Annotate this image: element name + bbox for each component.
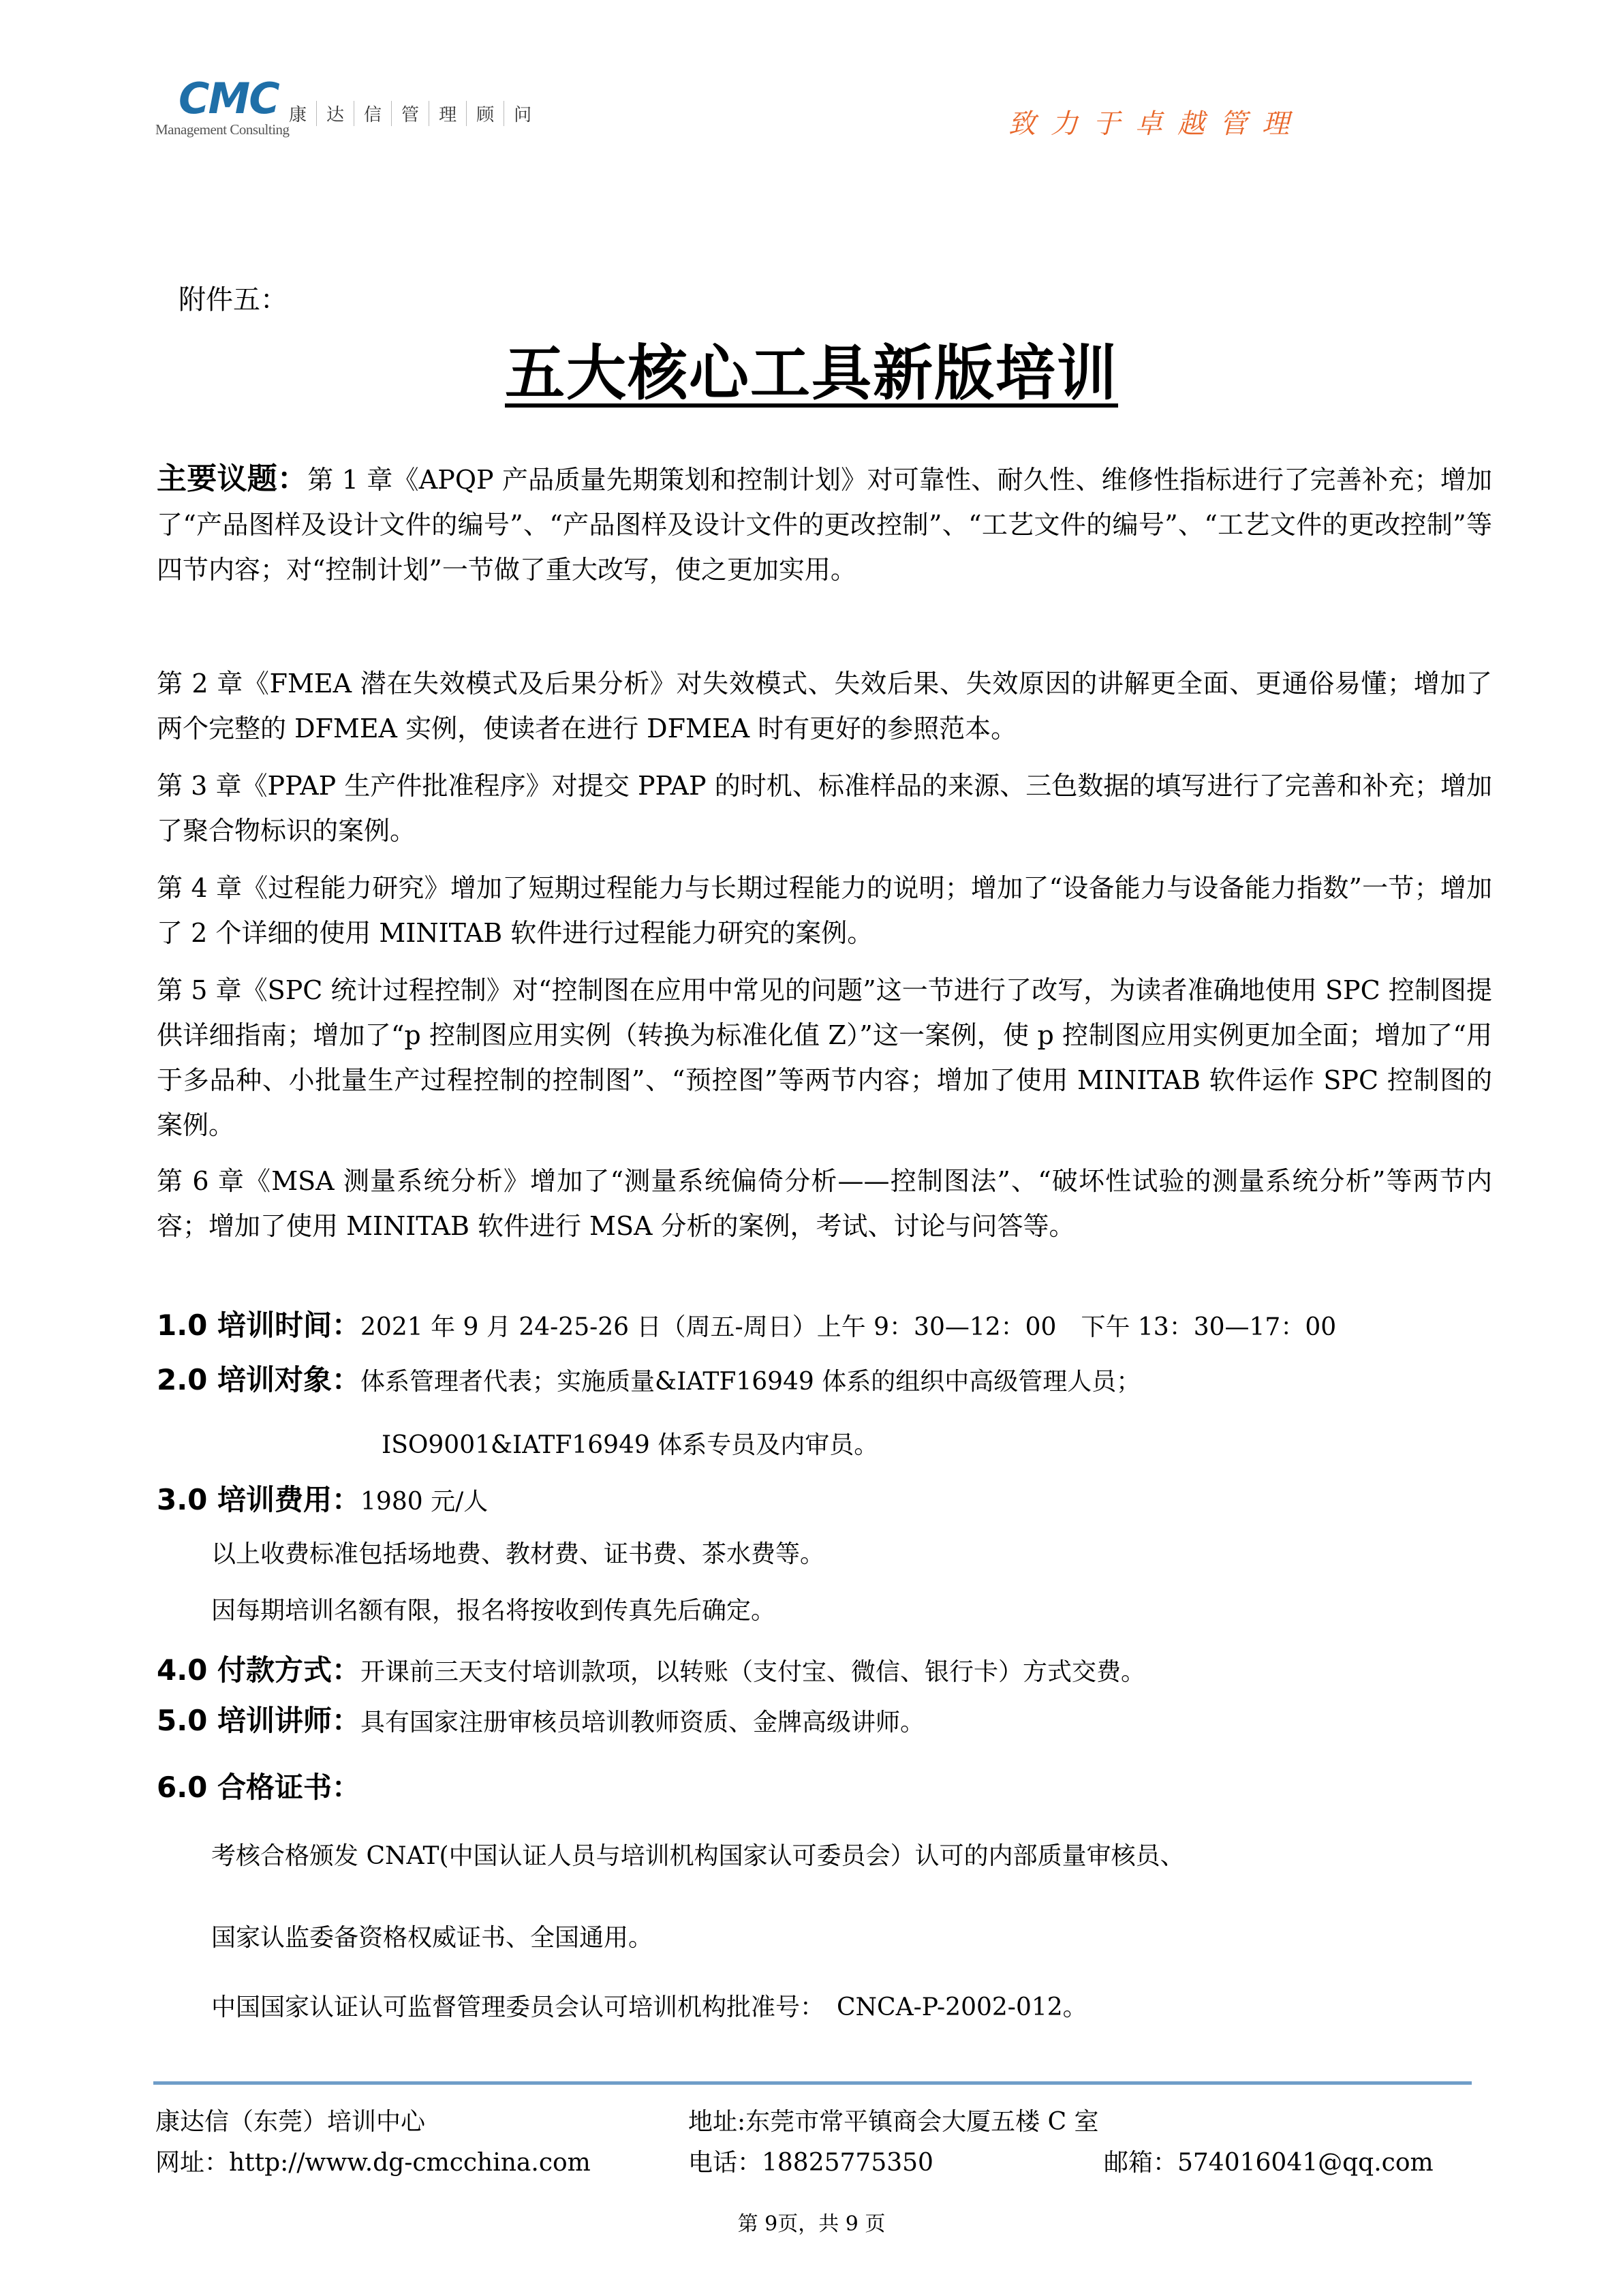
footer-website[interactable]: 网址：http://www.dg-cmcchina.com [155,2143,591,2178]
section-audience: 2.0 培训对象：体系管理者代表；实施质量&IATF16949 体系的组织中高级… [157,1358,1141,1405]
company-char: 顾 [467,101,504,126]
footer-email[interactable]: 邮箱：574016041@qq.com [1104,2143,1434,2178]
section-training-time: 1.0 培训时间：2021 年 9 月 24-25-26 日（周五-周日）上午 … [157,1303,1336,1350]
section-instructor: 5.0 培训讲师：具有国家注册审核员培训教师资质、金牌高级讲师。 [157,1698,925,1745]
chapter-4: 第 4 章《过程能力研究》增加了短期过程能力与长期过程能力的说明；增加了“设备能… [157,866,1492,955]
attachment-label: 附件五： [179,278,288,317]
company-char: 理 [429,101,467,126]
company-char: 管 [392,101,429,126]
footer-divider [153,2081,1472,2085]
section-certificate: 6.0 合格证书： [157,1765,360,1811]
company-char: 达 [317,101,354,126]
slogan: 致力于卓越管理 [1008,102,1304,141]
page-indicator: 第 9页，共 9 页 [0,2207,1623,2237]
chapter-3: 第 3 章《PPAP 生产件批准程序》对提交 PPAP 的时机、标准样品的来源、… [157,763,1492,853]
audience-line-2: ISO9001&IATF16949 体系专员及内审员。 [382,1426,878,1460]
section-fee: 3.0 培训费用：1980 元/人 [157,1478,488,1525]
company-char: 信 [354,101,392,126]
company-char: 康 [279,101,317,126]
chapter-2: 第 2 章《FMEA 潜在失效模式及后果分析》对失效模式、失效后果、失效原因的讲… [157,661,1492,751]
chapter-1: 主要议题：第 1 章《APQP 产品质量先期策划和控制计划》对可靠性、耐久性、维… [157,457,1492,592]
logo-subtitle: Management Consulting [155,121,290,138]
main-topics-label: 主要议题： [157,461,307,496]
company-name: 康 达 信 管 理 顾 问 [279,101,541,126]
chapter-6: 第 6 章《MSA 测量系统分析》增加了“测量系统偏倚分析——控制图法”、“破坏… [157,1159,1492,1249]
fee-note-1: 以上收费标准包括场地费、教材费、证书费、茶水费等。 [211,1535,824,1570]
certificate-line-1: 考核合格颁发 CNAT(中国认证人员与培训机构国家认可委员会）认可的内部质量审核… [211,1837,1185,1871]
certificate-line-3: 中国国家认证认可监督管理委员会认可培训机构批准号： CNCA-P-2002-01… [211,1988,1087,2023]
cmc-logo: CMC [179,78,294,119]
document-title: 五大核心工具新版培训 [0,326,1623,412]
footer-phone: 电话：18825775350 [688,2143,933,2178]
certificate-line-2: 国家认监委备资格权威证书、全国通用。 [211,1918,653,1953]
fee-note-2: 因每期培训名额有限，报名将按收到传真先后确定。 [211,1591,775,1626]
section-payment: 4.0 付款方式：开课前三天支付培训款项，以转账（支付宝、微信、银行卡）方式交费… [157,1648,1145,1695]
chapter-5: 第 5 章《SPC 统计过程控制》对“控制图在应用中常见的问题”这一节进行了改写… [157,968,1492,1148]
footer-address: 地址:东莞市常平镇商会大厦五楼 C 室 [688,2102,1099,2137]
footer-org: 康达信（东莞）培训中心 [155,2102,425,2137]
company-char: 问 [504,101,541,126]
